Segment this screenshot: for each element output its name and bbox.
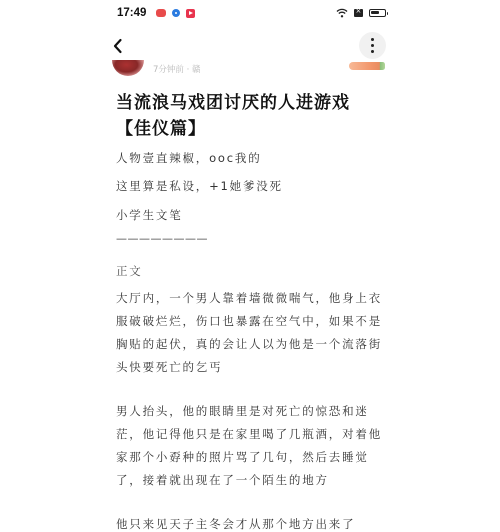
blue-dot-app-icon	[172, 9, 180, 17]
title-line-1: 当流浪马戏团讨厌的人进游戏	[116, 90, 388, 116]
post-meta: 7分钟前 · 赣	[153, 63, 201, 75]
article-title: 当流浪马戏团讨厌的人进游戏 【佳仪篇】	[116, 90, 388, 142]
article: 当流浪马戏团讨厌的人进游戏 【佳仪篇】 人物壹直辣椒，ooc我的 这里算是私设，…	[116, 90, 388, 142]
body-paragraph: 男人抬头，他的眼睛里是对死亡的惊恐和迷茫，他记得他只是在家里喝了几瓶酒，对着他家…	[116, 400, 388, 492]
chevron-left-icon	[112, 38, 124, 54]
more-dot-icon	[371, 50, 375, 54]
status-right	[336, 8, 386, 18]
status-bar: 17:49	[100, 0, 400, 26]
intro-line: 人物壹直辣椒，ooc我的	[116, 147, 262, 170]
back-button[interactable]	[110, 34, 130, 56]
author-avatar[interactable]	[112, 60, 144, 76]
more-dot-icon	[371, 44, 375, 48]
more-options-button[interactable]	[359, 32, 386, 59]
sim-off-icon	[354, 9, 363, 17]
more-dot-icon	[371, 38, 375, 42]
status-left: 17:49	[117, 7, 195, 19]
section-label: 正文	[116, 260, 143, 283]
tv-app-icon	[156, 9, 166, 17]
clock: 17:49	[117, 7, 146, 19]
play-app-icon	[186, 9, 195, 18]
title-line-2: 【佳仪篇】	[116, 116, 388, 142]
phone-screen: 17:49	[100, 0, 400, 532]
body-paragraph: 他只来见天子主冬会才从那个地方出来了	[116, 513, 388, 532]
intro-line: 小学生文笔	[116, 204, 183, 227]
author-row: 7分钟前 · 赣	[100, 58, 400, 80]
body-paragraph: 大厅内，一个男人靠着墙微微喘气，他身上衣服破破烂烂，伤口也暴露在空气中，如果不是…	[116, 287, 388, 379]
intro-line: 这里算是私设，+1她爹没死	[116, 175, 283, 198]
nav-bar	[100, 30, 400, 60]
battery-icon	[369, 9, 386, 17]
carrot-sticker-icon	[349, 62, 385, 70]
text-divider: ————————	[116, 232, 208, 245]
wifi-icon	[336, 8, 348, 18]
